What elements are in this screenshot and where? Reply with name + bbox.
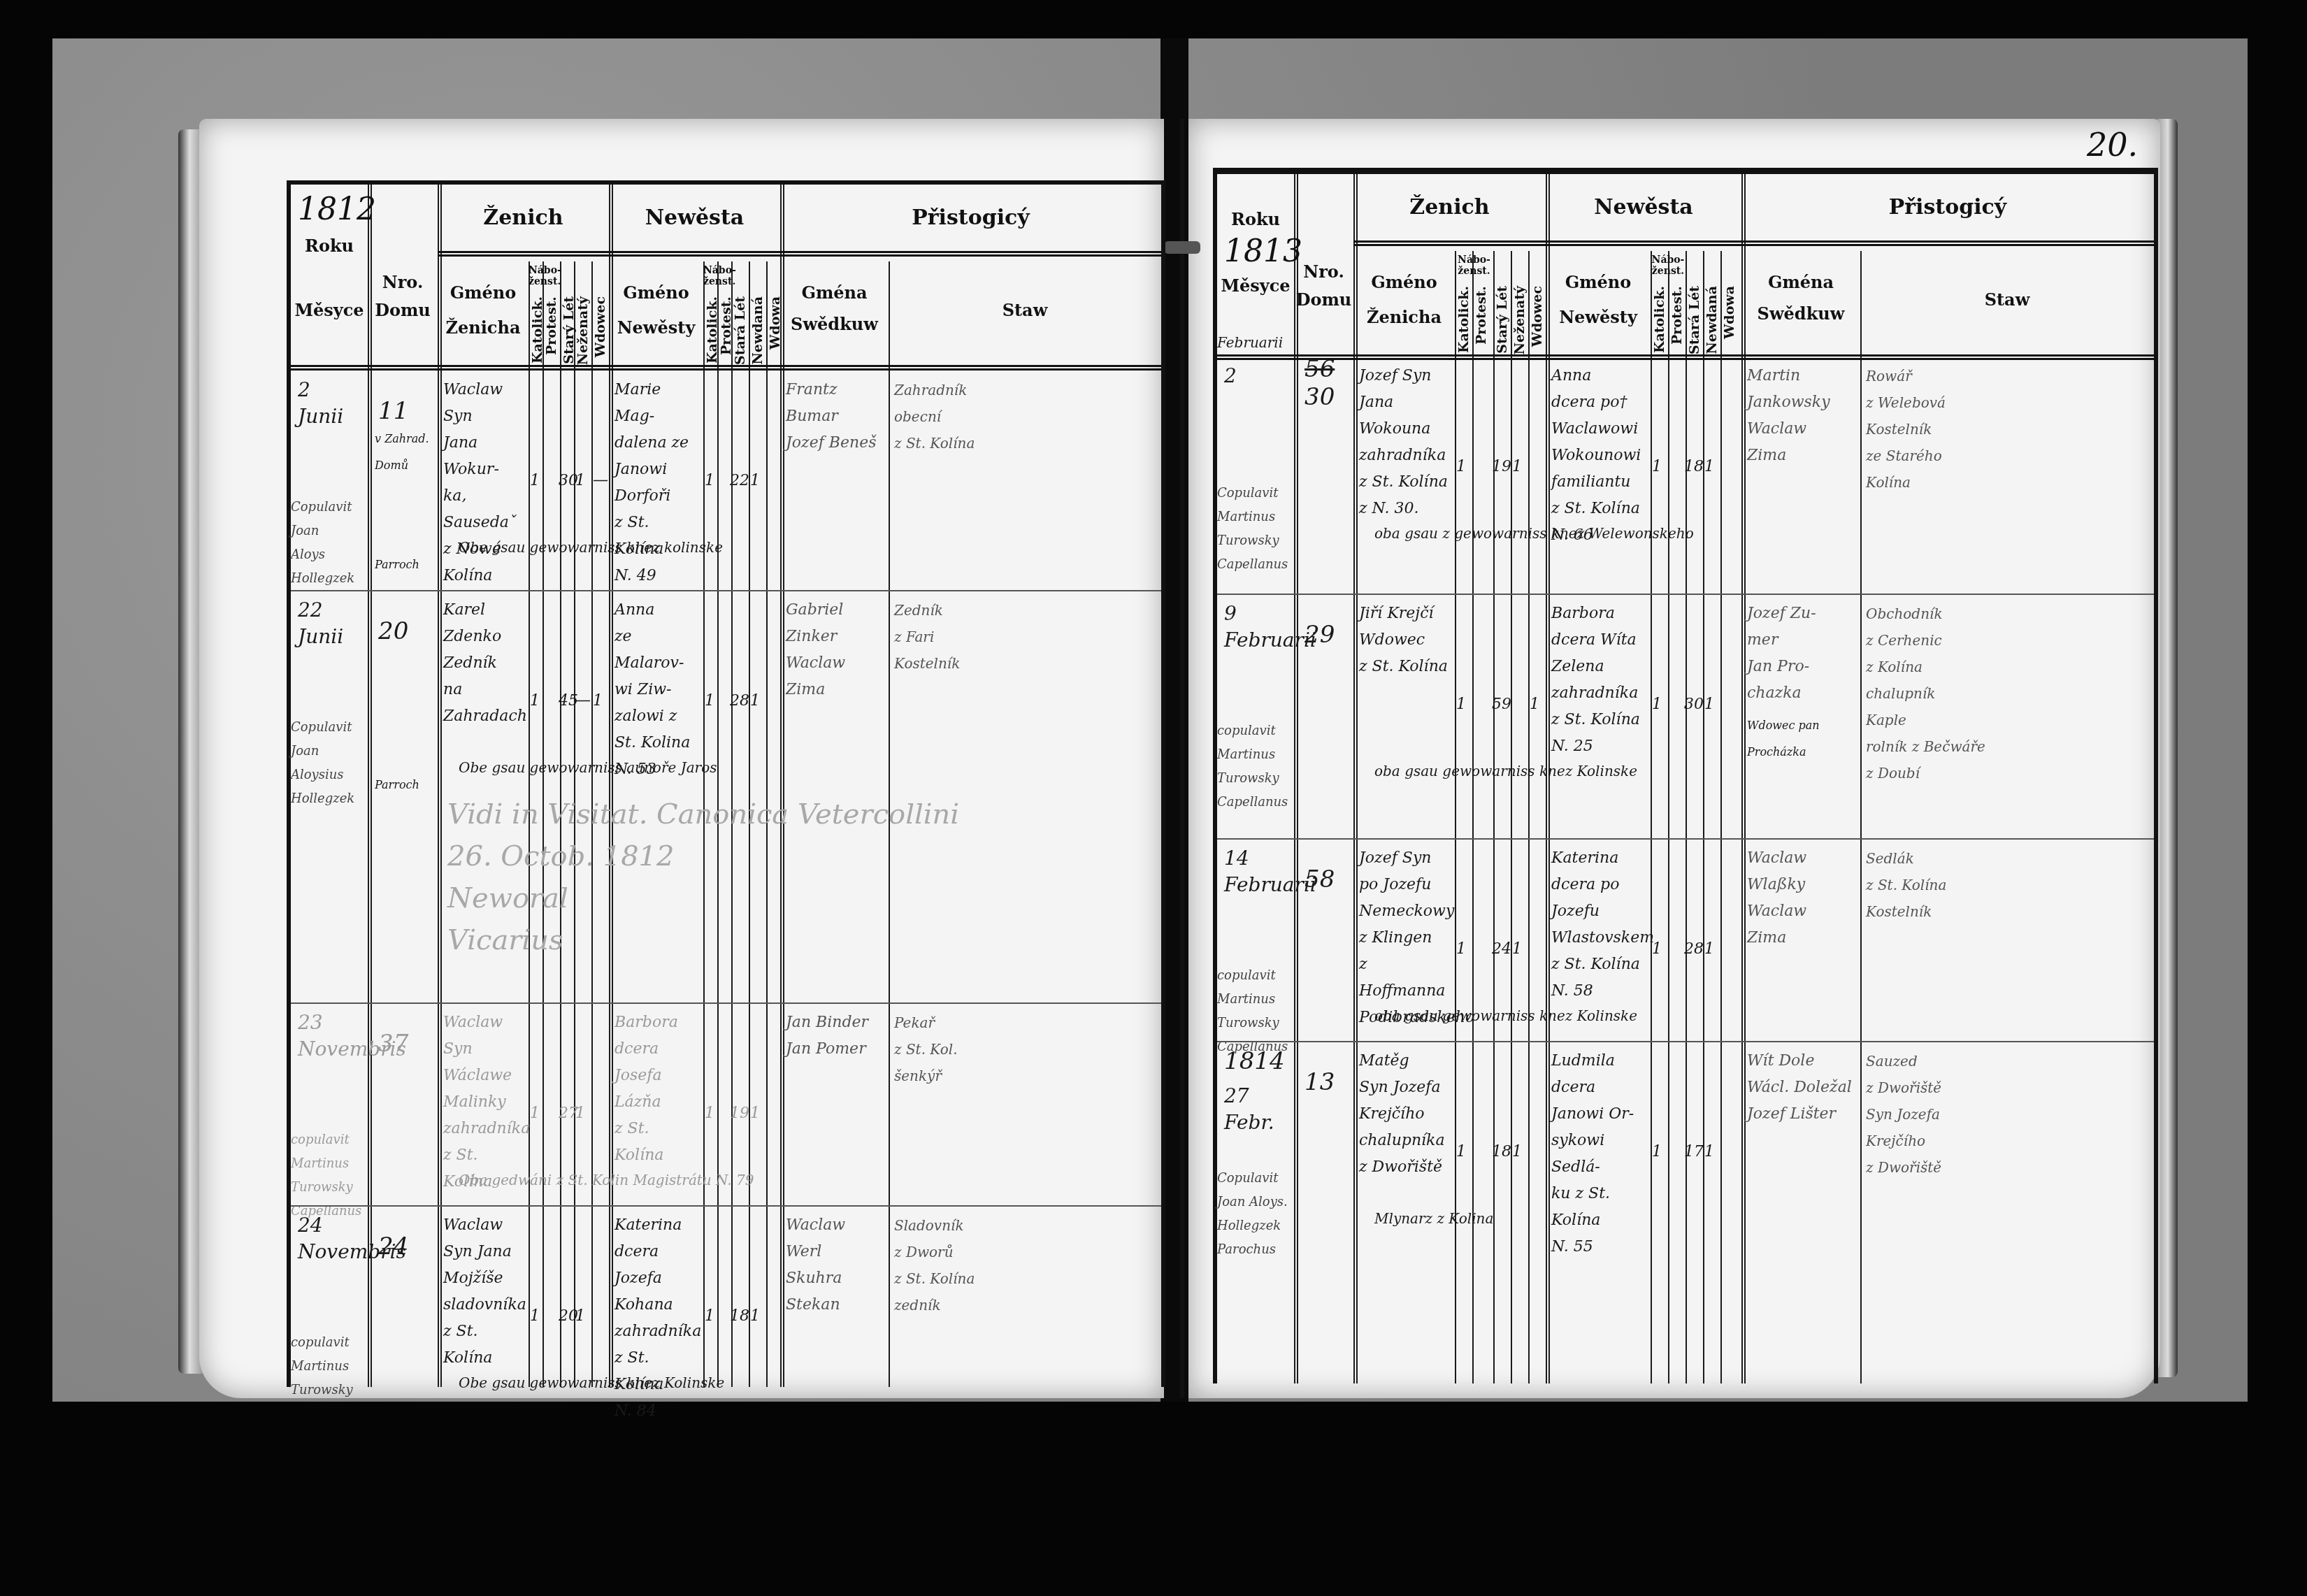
entry-bride-catholic: 1 (705, 1100, 719, 1127)
entry-groom-catholic: 1 (1456, 1139, 1470, 1165)
entry-house-number: 30 (1305, 384, 1360, 410)
month-label: Měsyce (1217, 272, 1294, 300)
entry-separator (291, 1205, 1161, 1207)
entry-groom-widower: 1 (593, 688, 607, 714)
month-header-value: Februarii (1217, 329, 1294, 356)
entry-date: 14 Februarii (1224, 845, 1294, 898)
entry-groom-catholic: 1 (1456, 936, 1470, 963)
witness-names-header: Swědkuw (780, 310, 889, 338)
bride-name-header: Gméno (1546, 268, 1651, 296)
entry-date: 2 Junii (298, 377, 368, 430)
column-header-protestant: Protest. (544, 296, 559, 355)
witness-names-header: Gména (780, 279, 889, 307)
witness-group-header: Přistogicý (1741, 195, 2154, 220)
house-label: Nro. (368, 268, 438, 296)
entry-groom-single: 1 (575, 1303, 589, 1330)
page-number: 20. (2087, 126, 2138, 164)
entry-bride-age: 28 (730, 688, 751, 714)
entry-footnote: Obe gsau gewowarniss knez Kolinske (459, 1369, 801, 1396)
visitation-note: Vidi in Visitat. Canonica Vetercollini 2… (447, 793, 959, 961)
entry-footnote: Oba gedwáni z St. Kolin Magistrátu N. 79 (459, 1167, 801, 1193)
column-header-bride-age: Stará Lét (1687, 286, 1702, 354)
groom-name-header: Gméno (1353, 268, 1455, 296)
entry-house-crossed: 56 (1305, 356, 1360, 382)
entry-house-number: 20 (378, 618, 434, 645)
year-label: Roku (291, 232, 368, 260)
column-header-bride-age: Stará Lét (733, 296, 748, 365)
entry-groom-name: Jiří Krejčí Wdowec z St. Kolína (1359, 601, 1453, 680)
house-label: Domu (368, 296, 438, 324)
entry-house-note: v Zahrad. Domů (375, 426, 438, 479)
entry-bride-catholic: 1 (705, 688, 719, 714)
groom-group-header: Ženich (1353, 195, 1546, 220)
entry-bride-name: Barbora dcera Wíta Zelena zahradníka z S… (1551, 601, 1649, 760)
column-header-protestant: Protest. (1669, 286, 1685, 345)
year-label: Roku (1217, 206, 1294, 233)
entry-footnote: oba gsau z gewowarniss knez Welewonskeho (1374, 520, 1762, 547)
entry-groom-catholic: 1 (1456, 454, 1470, 480)
bride-name-header: Newěsty (1546, 303, 1651, 331)
entry-year: 1814 (1224, 1048, 1294, 1074)
entry-footnote: Obe gsau gewowarniss knez kolinske (459, 534, 801, 561)
entry-house-number: 58 (1305, 866, 1360, 893)
entry-bride-single: 1 (750, 1303, 764, 1330)
entry-groom-name: Waclaw Syn Jana Mojžíše sladovníka z St.… (443, 1212, 527, 1372)
witness-status-header: Staw (889, 296, 1161, 324)
entry-officiant: Copulavit Martinus Turowsky Capellanus (1217, 482, 1294, 577)
entry-bride-single: 1 (750, 1100, 764, 1127)
religion-header: Nábo- ženst. (703, 265, 731, 287)
entry-separator (1217, 594, 2154, 595)
entry-house-note: Parroch (375, 772, 438, 798)
column-header-protestant: Protest. (719, 296, 734, 355)
entry-officiant: Copulavit Joan Aloysius Hollegzek (291, 716, 368, 811)
entry-bride-catholic: 1 (1652, 454, 1666, 480)
entry-groom-catholic: 1 (530, 468, 544, 494)
entry-bride-age: 17 (1684, 1139, 1705, 1165)
entry-footnote: Mlynarz z Kolina (1374, 1205, 1762, 1232)
entry-bride-age: 18 (1684, 454, 1705, 480)
column-header-groom-widower: Wdowec (593, 296, 608, 357)
column-header-protestant: Protest. (1474, 286, 1489, 345)
entry-officiant: copulavit Martinus Turowsky Capellanus (1217, 719, 1294, 814)
column-rule (1860, 251, 1862, 1383)
bride-group-header: Newěsta (609, 206, 780, 230)
entry-bride-single: 1 (750, 468, 764, 494)
register-table-right: Roku1813MěsyceFebruariiNro.DomuŽenichNew… (1213, 168, 2158, 1383)
entry-date: 24 Novembris (298, 1212, 368, 1265)
entry-witness-status: Sauzed z Dwořiště Syn Jozefa Krejčího z … (1866, 1048, 2153, 1181)
header-rule (438, 251, 1161, 257)
entry-witnesses-note: Wdowec pan Procházka (1747, 712, 1859, 765)
entry-house-number: 11 (378, 398, 434, 424)
header-rule (1353, 240, 2154, 246)
entry-groom-catholic: 1 (1456, 691, 1470, 718)
witness-names-header: Gména (1741, 268, 1860, 296)
column-header-groom-single: Neženatý (1512, 286, 1528, 354)
book-spine (1180, 119, 1184, 1398)
entry-date: 22 Junii (298, 597, 368, 650)
entry-bride-name: Katerina dcera po Jozefu Wlastovskem z S… (1551, 845, 1649, 1005)
entry-date: 23 Novembris (298, 1009, 368, 1063)
column-header-catholic: Katolick. (1652, 286, 1667, 353)
column-header-groom-age: Starý Lét (561, 296, 577, 364)
entry-bride-age: 18 (730, 1303, 751, 1330)
entry-house-number: 24 (378, 1233, 434, 1260)
column-header-bride-single: Newdaná (1704, 286, 1720, 354)
entry-date: 9 Februarii (1224, 601, 1294, 654)
year-value: 1813 (1224, 233, 1294, 269)
entry-groom-name: Matěg Syn Jozefa Krejčího chalupníka z D… (1359, 1048, 1453, 1181)
header-bottom-rule (291, 365, 1161, 371)
religion-header: Nábo- ženst. (529, 265, 560, 287)
witness-names-header: Swědkuw (1741, 300, 1860, 328)
bride-name-header: Gméno (609, 279, 703, 307)
entry-bride-catholic: 1 (705, 468, 719, 494)
entry-bride-age: 19 (730, 1100, 751, 1127)
religion-header: Nábo- ženst. (1651, 254, 1686, 277)
entry-groom-single: 1 (1512, 454, 1526, 480)
groom-name-header: Gméno (438, 279, 529, 307)
entry-groom-age: 24 (1492, 936, 1513, 963)
column-header-groom-widower: Wdowec (1530, 286, 1545, 347)
religion-header: Nábo- ženst. (1455, 254, 1493, 277)
entry-witness-status: Sladovník z Dworů z St. Kolína zedník (894, 1212, 1160, 1318)
entry-bride-catholic: 1 (1652, 1139, 1666, 1165)
house-label: Domu (1294, 286, 1353, 314)
entry-groom-age: 19 (1492, 454, 1513, 480)
entry-separator (291, 590, 1161, 591)
entry-bride-single: 1 (1704, 936, 1718, 963)
entry-witness-status: Pekař z St. Kol. šenkýř (894, 1009, 1160, 1089)
groom-group-header: Ženich (438, 206, 609, 230)
house-label: Nro. (1294, 258, 1353, 286)
entry-groom-single: 1 (575, 468, 589, 494)
bride-group-header: Newěsta (1546, 195, 1741, 220)
entry-footnote: oba gsau gewowarniss knez Kolinske (1374, 758, 1762, 784)
entry-separator (1217, 1041, 2154, 1042)
entry-groom-catholic: 1 (530, 688, 544, 714)
entry-groom-age: 18 (1492, 1139, 1513, 1165)
entry-bride-catholic: 1 (1652, 936, 1666, 963)
column-header-bride-widow: Wdowa (1722, 286, 1737, 339)
entry-groom-single: 1 (575, 1100, 589, 1127)
entry-separator (1217, 838, 2154, 840)
entry-groom-widower: 1 (1530, 691, 1544, 718)
witness-status-header: Staw (1860, 286, 2154, 314)
entry-witnesses: Frantz Bumar Jozef Beneš (786, 377, 887, 456)
column-header-catholic: Katolick. (530, 296, 545, 364)
groom-name-header: Ženicha (438, 314, 529, 342)
column-header-catholic: Katolick. (1456, 286, 1472, 353)
entry-groom-single: 1 (1512, 936, 1526, 963)
entry-groom-age: 59 (1492, 691, 1513, 718)
entry-witness-status: Zahradník obecní z St. Kolína (894, 377, 1160, 456)
entry-bride-catholic: 1 (1652, 691, 1666, 718)
entry-witness-status: Obchodník z Cerhenic z Kolína chalupník … (1866, 601, 2153, 786)
entry-house-number: 13 (1305, 1069, 1360, 1095)
entry-groom-name: Karel Zdenko Zedník na Zahradach (443, 597, 527, 730)
entry-groom-catholic: 1 (530, 1100, 544, 1127)
year-value: 1812 (298, 192, 368, 227)
entry-house-note: Parroch (375, 552, 438, 578)
entry-witnesses: Wít Dole Wácl. Doležal Jozef Lišter (1747, 1048, 1859, 1128)
binding-thread (1164, 241, 1200, 254)
entry-bride-catholic: 1 (705, 1303, 719, 1330)
entry-footnote: oba gsau gewowarniss knez Kolinske (1374, 1002, 1762, 1029)
entry-bride-single: 1 (750, 688, 764, 714)
entry-groom-single: 1 (1512, 1139, 1526, 1165)
entry-bride-age: 22 (730, 468, 751, 494)
entry-house-number: 29 (1305, 621, 1360, 648)
witness-group-header: Přistogicý (780, 206, 1161, 230)
register-table-left: 1812RokuMěsyceNro.DomuŽenichNewěstaPřist… (287, 180, 1165, 1387)
bride-name-header: Newěsty (609, 314, 703, 342)
entry-witnesses: Jozef Zu- mer Jan Pro- chazka (1747, 601, 1859, 707)
entry-witnesses: Gabriel Zinker Waclaw Zima (786, 597, 887, 703)
column-header-bride-widow: Wdowa (768, 296, 783, 350)
entry-witnesses: Waclaw Wlaßky Waclaw Zima (1747, 845, 1859, 951)
entry-date: 27 Febr. (1224, 1083, 1294, 1136)
entry-footnote: Obe gsau gewowarniss aunoře Jaros (459, 754, 801, 781)
entry-groom-name: Jozef Syn Jana Wokouna zahradníka z St. … (1359, 363, 1453, 522)
entry-officiant: Copulavit Joan Aloys. Hollegzek Parochus (1217, 1167, 1294, 1262)
column-header-groom-single: Neženatý (575, 296, 591, 365)
entry-bride-single: 1 (1704, 454, 1718, 480)
entry-bride-single: 1 (1704, 1139, 1718, 1165)
entry-officiant: copulavit Martinus Turowsky Capellanus (291, 1128, 368, 1223)
entry-house-number: 37 (378, 1030, 434, 1057)
entry-officiant: copulavit Martinus Turowsky Capellanus (1217, 964, 1294, 1059)
entry-bride-age: 28 (1684, 936, 1705, 963)
entry-witnesses: Martin Jankowsky Waclaw Zima (1747, 363, 1859, 469)
entry-witness-status: Rowář z Welebová Kostelník ze Starého Ko… (1866, 363, 2153, 496)
column-header-bride-single: Newdaná (750, 296, 766, 365)
entry-bride-single: 1 (1704, 691, 1718, 718)
entry-separator (291, 1002, 1161, 1004)
entry-witness-status: Zedník z Fari Kostelník (894, 597, 1160, 677)
entry-date: 2 (1224, 363, 1294, 389)
entry-groom-catholic: 1 (530, 1303, 544, 1330)
groom-name-header: Ženicha (1353, 303, 1455, 331)
column-header-catholic: Katolick. (705, 296, 720, 364)
entry-bride-name: Barbora dcera Josefa Lázňa z St. Kolína (615, 1009, 702, 1169)
entry-officiant: Copulavit Joan Aloys Hollegzek (291, 496, 368, 591)
entry-witness-status: Sedlák z St. Kolína Kostelník (1866, 845, 2153, 925)
entry-witnesses: Waclaw Werl Skuhra Stekan (786, 1212, 887, 1318)
entry-groom-single: — (575, 688, 589, 714)
entry-groom-widower: — (593, 468, 607, 494)
entry-witnesses: Jan Binder Jan Pomer (786, 1009, 887, 1063)
column-header-groom-age: Starý Lét (1495, 286, 1510, 354)
entry-officiant: copulavit Martinus Turowsky (291, 1331, 368, 1402)
entry-bride-age: 30 (1684, 691, 1705, 718)
month-label: Měsyce (291, 296, 368, 324)
